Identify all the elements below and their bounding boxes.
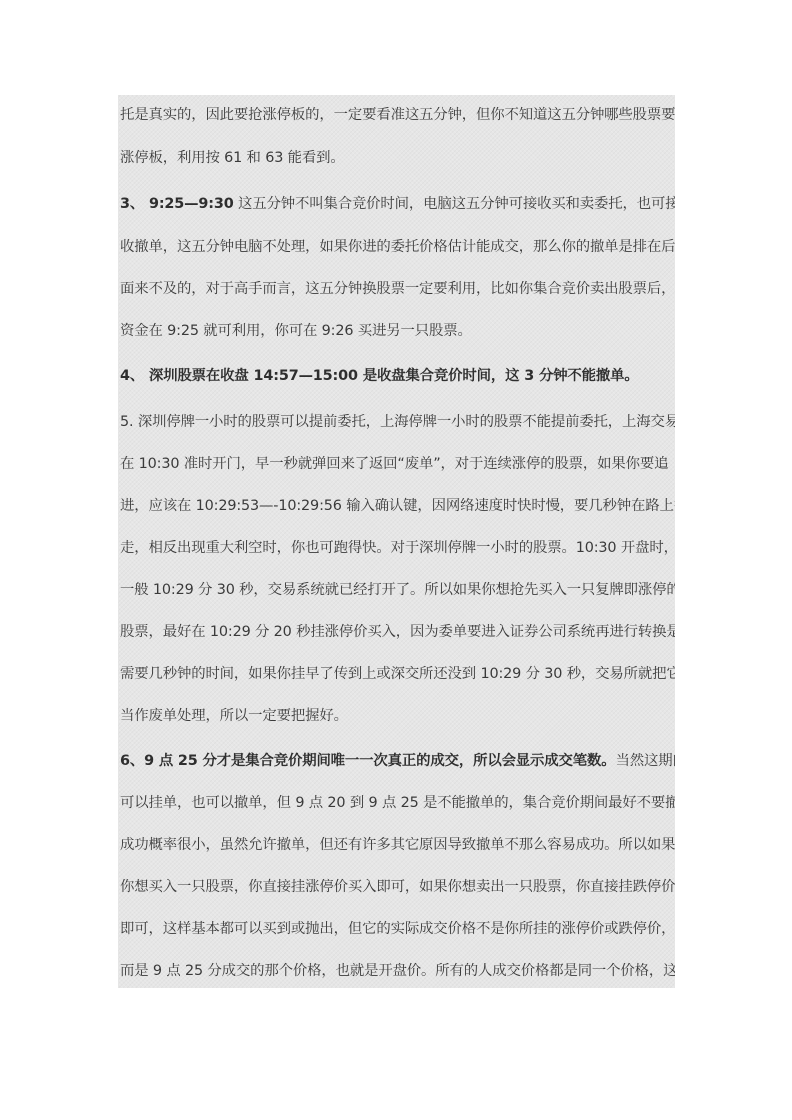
body-text: 5. 深圳停牌一小时的股票可以提前委托，上海停牌一小时的股票不能提前委托，上海交…	[120, 414, 675, 430]
article-text-block: 托是真实的，因此要抢涨停板的，一定要看准这五分钟，但你不知道这五分钟哪些股票要 …	[118, 95, 675, 988]
body-text: 需要几秒钟的时间，如果你挂早了传到上或深交所还没到 10:29 分 30 秒，交…	[120, 666, 675, 682]
document-page: 托是真实的，因此要抢涨停板的，一定要看准这五分钟，但你不知道这五分钟哪些股票要 …	[0, 0, 792, 1120]
text-line: 资金在 9:25 就可利用，你可在 9:26 买进另一只股票。	[120, 321, 472, 341]
body-text: 股票，最好在 10:29 分 20 秒挂涨停价买入，因为委单要进入证券公司系统再…	[120, 624, 675, 640]
text-line: 涨停板，利用按 61 和 63 能看到。	[120, 148, 345, 168]
text-line: 当作废单处理，所以一定要把握好。	[120, 706, 348, 726]
body-text: 涨停板，利用按 61 和 63 能看到。	[120, 150, 345, 166]
body-text: 托是真实的，因此要抢涨停板的，一定要看准这五分钟，但你不知道这五分钟哪些股票要	[120, 107, 675, 123]
text-line: 股票，最好在 10:29 分 20 秒挂涨停价买入，因为委单要进入证券公司系统再…	[120, 622, 675, 642]
body-text: 在 10:30 准时开门，早一秒就弹回来了返回“废单”，对于连续涨停的股票，如果…	[120, 456, 668, 472]
text-line: 收撤单，这五分钟电脑不处理，如果你进的委托价格估计能成交，那么你的撤单是排在后	[120, 237, 675, 257]
body-text: 可以挂单，也可以撤单，但 9 点 20 到 9 点 25 是不能撤单的，集合竞价…	[120, 795, 675, 811]
body-text: 当作废单处理，所以一定要把握好。	[120, 708, 348, 724]
body-text: 资金在 9:25 就可利用，你可在 9:26 买进另一只股票。	[120, 323, 472, 339]
body-text: 这五分钟不叫集合竞价时间，电脑这五分钟可接收买和卖委托，也可接	[234, 196, 675, 212]
body-text: 走，相反出现重大利空时，你也可跑得快。对于深圳停牌一小时的股票。10:30 开盘…	[120, 540, 675, 556]
text-line: 即可，这样基本都可以买到或抛出，但它的实际成交价格不是你所挂的涨停价或跌停价，	[120, 919, 675, 939]
text-line: 托是真实的，因此要抢涨停板的，一定要看准这五分钟，但你不知道这五分钟哪些股票要	[120, 105, 675, 125]
body-text: 进，应该在 10:29:53—-10:29:56 输入确认键，因网络速度时快时慢…	[120, 498, 675, 514]
bold-text: 6、9 点 25 分才是集合竞价期间唯一一次真正的成交，所以会显示成交笔数。	[120, 753, 616, 769]
body-text: 成功概率很小，虽然允许撤单，但还有许多其它原因导致撤单不那么容易成功。所以如果	[120, 837, 675, 853]
text-line: 成功概率很小，虽然允许撤单，但还有许多其它原因导致撤单不那么容易成功。所以如果	[120, 835, 675, 855]
bold-text: 3、 9:25—9:30	[120, 196, 234, 212]
text-line: 进，应该在 10:29:53—-10:29:56 输入确认键，因网络速度时快时慢…	[120, 496, 675, 516]
heading-item-6: 6、9 点 25 分才是集合竞价期间唯一一次真正的成交，所以会显示成交笔数。当然…	[120, 751, 675, 771]
text-line: 面来不及的，对于高手而言，这五分钟换股票一定要利用，比如你集合竞价卖出股票后，	[120, 279, 675, 299]
heading-item-4: 4、 深圳股票在收盘 14:57—15:00 是收盘集合竞价时间，这 3 分钟不…	[120, 366, 639, 386]
text-line: 需要几秒钟的时间，如果你挂早了传到上或深交所还没到 10:29 分 30 秒，交…	[120, 664, 675, 684]
text-line: 可以挂单，也可以撤单，但 9 点 20 到 9 点 25 是不能撤单的，集合竞价…	[120, 793, 675, 813]
text-line: 走，相反出现重大利空时，你也可跑得快。对于深圳停牌一小时的股票。10:30 开盘…	[120, 538, 675, 558]
bold-text: 4、 深圳股票在收盘 14:57—15:00 是收盘集合竞价时间，这 3 分钟不…	[120, 368, 639, 384]
text-line: 一般 10:29 分 30 秒，交易系统就已经打开了。所以如果你想抢先买入一只复…	[120, 580, 675, 600]
text-line: 在 10:30 准时开门，早一秒就弹回来了返回“废单”，对于连续涨停的股票，如果…	[120, 454, 668, 474]
text-line: 你想买入一只股票，你直接挂涨停价买入即可，如果你想卖出一只股票，你直接挂跌停价	[120, 877, 675, 897]
body-text: 面来不及的，对于高手而言，这五分钟换股票一定要利用，比如你集合竞价卖出股票后，	[120, 281, 675, 297]
body-text: 当然这期间	[616, 753, 676, 769]
heading-item-3: 3、 9:25—9:30 这五分钟不叫集合竞价时间，电脑这五分钟可接收买和卖委托…	[120, 194, 675, 214]
body-text: 收撤单，这五分钟电脑不处理，如果你进的委托价格估计能成交，那么你的撤单是排在后	[120, 239, 675, 255]
body-text: 即可，这样基本都可以买到或抛出，但它的实际成交价格不是你所挂的涨停价或跌停价，	[120, 921, 675, 937]
text-line: 5. 深圳停牌一小时的股票可以提前委托，上海停牌一小时的股票不能提前委托，上海交…	[120, 412, 675, 432]
body-text: 一般 10:29 分 30 秒，交易系统就已经打开了。所以如果你想抢先买入一只复…	[120, 582, 675, 598]
text-line: 而是 9 点 25 分成交的那个价格，也就是开盘价。所有的人成交价格都是同一个价…	[120, 961, 675, 981]
body-text: 而是 9 点 25 分成交的那个价格，也就是开盘价。所有的人成交价格都是同一个价…	[120, 963, 675, 979]
body-text: 你想买入一只股票，你直接挂涨停价买入即可，如果你想卖出一只股票，你直接挂跌停价	[120, 879, 675, 895]
